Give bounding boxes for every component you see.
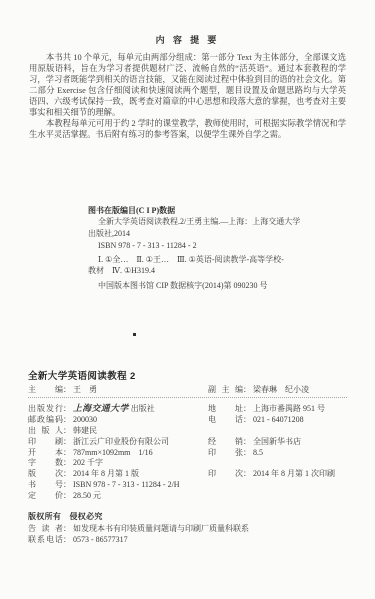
colon: ： — [63, 524, 73, 533]
contact-phone-row: 联系电话：0573 - 86577317 — [28, 534, 363, 545]
field-value: 上海市番禺路 951 号 — [253, 404, 325, 413]
deputy-editor: 副 主 编：梁春琳 纪小凌 — [208, 384, 309, 395]
field-value: 200030 — [73, 415, 97, 424]
table-row: 出版发行：上海交通大学出版社 地 址：上海市番禺路 951 号 — [28, 404, 363, 415]
table-row: 出 版 人：韩建民 — [28, 426, 363, 437]
table-row: 开 本：787mm×1092mm 1/16 印 张：8.5 — [28, 448, 363, 459]
summary-line: 本教程每单元可用于约 2 学时的课堂教学，教师使用时，可根据实际教学情况和学 — [29, 118, 346, 129]
footer-block: 版权所有 侵权必究 告 读 者：如发现本书有印装质量问题请与印刷厂质量科联系 联… — [28, 510, 363, 546]
field-label: 告 读 者 — [28, 523, 63, 534]
chief-editor-name: 王 勇 — [73, 385, 97, 394]
field-value: 28.50 元 — [73, 491, 101, 500]
table-row: 印 刷：浙江云广印业股份有限公司 经 销：全国新华书店 — [28, 437, 363, 448]
table-cell-right: 经 销：全国新华书店 — [208, 437, 301, 448]
summary-line: 二部分 Exercise 包含仔细阅读和快速阅读两个题型，题目设置及命题思路均与… — [29, 85, 346, 96]
table-row: 邮政编码：200030 电 话：021 - 64071208 — [28, 415, 363, 426]
colon: ： — [63, 415, 73, 424]
summary-line: 习，学习者既能学到相关的语言技能，又能在阅读过程中体验到目的语的社会文化。第 — [29, 74, 346, 85]
field-value: 787mm×1092mm 1/16 — [73, 448, 153, 457]
field-label: 字 数 — [28, 458, 63, 469]
colon: ： — [243, 404, 253, 413]
field-value: ISBN 978 - 7 - 313 - 11284 - 2/H — [73, 480, 180, 489]
cip-classification: Ⅰ. ①全… Ⅱ. ①王… Ⅲ. ①英语-阅读教学-高等学校- — [88, 254, 328, 265]
colon: ： — [63, 480, 73, 489]
cip-block: 图书在版编目(C I P)数据 全新大学英语阅读教程.2/王勇主编.—上海：上海… — [88, 205, 328, 291]
field-label: 出版发行 — [28, 404, 63, 415]
chief-editor: 主 编：王 勇 — [28, 385, 97, 394]
field-label: 副 主 编 — [208, 384, 243, 395]
colon: ： — [63, 458, 73, 467]
colon: ： — [243, 469, 253, 478]
summary-line: 生水平灵活掌握。书后附有练习的参考答案，以便学生课外自学之需。 — [29, 129, 346, 140]
cip-title-line: 全新大学英语阅读教程.2/王勇主编.—上海：上海交通大学 — [88, 216, 328, 227]
field-label: 开 本 — [28, 448, 63, 459]
colon: ： — [63, 469, 73, 478]
field-value: 021 - 64071208 — [253, 415, 304, 424]
colon: ： — [243, 385, 253, 394]
field-label: 主 编 — [28, 384, 63, 395]
cip-isbn: ISBN 978 - 7 - 313 - 11284 - 2 — [88, 240, 328, 251]
colon: ： — [243, 448, 253, 457]
field-label: 印 次 — [208, 469, 243, 480]
colon: ： — [243, 415, 253, 424]
colophon-table: 出版发行：上海交通大学出版社 地 址：上海市番禺路 951 号 邮政编码：200… — [28, 404, 363, 502]
table-cell-right: 地 址：上海市番禺路 951 号 — [208, 404, 325, 415]
dotted-divider — [28, 397, 347, 398]
cip-record-number: 中国版本图书馆 CIP 数据核字(2014)第 090230 号 — [88, 280, 328, 291]
field-label: 出 版 人 — [28, 426, 63, 437]
field-label: 地 址 — [208, 404, 243, 415]
reader-notice-text: 如发现本书有印装质量问题请与印刷厂质量科联系 — [73, 524, 249, 533]
field-label: 印 刷 — [28, 437, 63, 448]
field-label: 版 次 — [28, 469, 63, 480]
field-value: 2014 年 8 月第 1 次印刷 — [253, 469, 335, 478]
cip-classification: 教材 Ⅳ. ①H319.4 — [88, 265, 328, 276]
field-value: 全国新华书店 — [253, 437, 301, 446]
table-row: 字 数：202 千字 — [28, 458, 363, 469]
section-divider-dot — [133, 333, 136, 336]
field-value: 浙江云广印业股份有限公司 — [73, 437, 169, 446]
field-label: 印 张 — [208, 448, 243, 459]
editors-row: 主 编：王 勇 副 主 编：梁春琳 纪小凌 — [28, 384, 358, 395]
field-label: 电 话 — [208, 415, 243, 426]
copyright-notice: 版权所有 侵权必究 — [28, 510, 363, 523]
table-cell-right: 电 话：021 - 64071208 — [208, 415, 304, 426]
field-label: 联系电话 — [28, 534, 63, 545]
colon: ： — [63, 535, 73, 544]
table-row: 版 次：2014 年 8 月第 1 版 印 次：2014 年 8 月第 1 次印… — [28, 469, 363, 480]
publisher-suffix: 出版社 — [131, 404, 155, 413]
summary-line: 本书共 10 个单元，每单元由两部分组成：第一部分 Text 为主体部分，全部课… — [29, 52, 346, 63]
colon: ： — [243, 437, 253, 446]
summary-line: 语四、六级考试保持一致，既考查对篇章的中心思想和段落大意的掌握，也考查对主要 — [29, 96, 346, 107]
field-label: 书 号 — [28, 480, 63, 491]
colon: ： — [63, 404, 73, 413]
field-value: 202 千字 — [73, 458, 103, 467]
field-label: 定 价 — [28, 491, 63, 502]
colon: ： — [63, 426, 73, 435]
summary-line: 用原版语料，旨在为学习者提供题材广泛、流畅自然的“活英语”。通过本套教程的学 — [29, 63, 346, 74]
field-value: 2014 年 8 月第 1 版 — [73, 469, 139, 478]
table-row: 定 价：28.50 元 — [28, 491, 363, 502]
deputy-editor-names: 梁春琳 纪小凌 — [253, 385, 309, 394]
cip-title-line: 出版社,2014 — [88, 228, 328, 239]
colon: ： — [63, 491, 73, 500]
table-cell-right: 印 次：2014 年 8 月第 1 次印刷 — [208, 469, 335, 480]
colon: ： — [63, 448, 73, 457]
contact-phone-number: 0573 - 86577317 — [73, 535, 128, 544]
cip-heading: 图书在版编目(C I P)数据 — [88, 205, 328, 216]
field-label: 邮政编码 — [28, 415, 63, 426]
reader-notice-row: 告 读 者：如发现本书有印装质量问题请与印刷厂质量科联系 — [28, 523, 363, 534]
colon: ： — [63, 385, 73, 394]
summary-paragraphs: 本书共 10 个单元，每单元由两部分组成：第一部分 Text 为主体部分，全部课… — [29, 52, 346, 140]
copyright-page: 内 容 提 要 本书共 10 个单元，每单元由两部分组成：第一部分 Text 为… — [0, 0, 375, 599]
table-cell-right: 印 张：8.5 — [208, 448, 263, 459]
publisher-logotype: 上海交通大学 — [73, 404, 131, 414]
field-value: 韩建民 — [73, 426, 97, 435]
book-title: 全新大学英语阅读教程 2 — [28, 368, 136, 382]
summary-line: 事实和相关细节的理解。 — [29, 107, 346, 118]
summary-heading: 内 容 提 要 — [0, 33, 375, 46]
field-value: 8.5 — [253, 448, 263, 457]
table-row: 书 号：ISBN 978 - 7 - 313 - 11284 - 2/H — [28, 480, 363, 491]
colon: ： — [63, 437, 73, 446]
field-label: 经 销 — [208, 437, 243, 448]
